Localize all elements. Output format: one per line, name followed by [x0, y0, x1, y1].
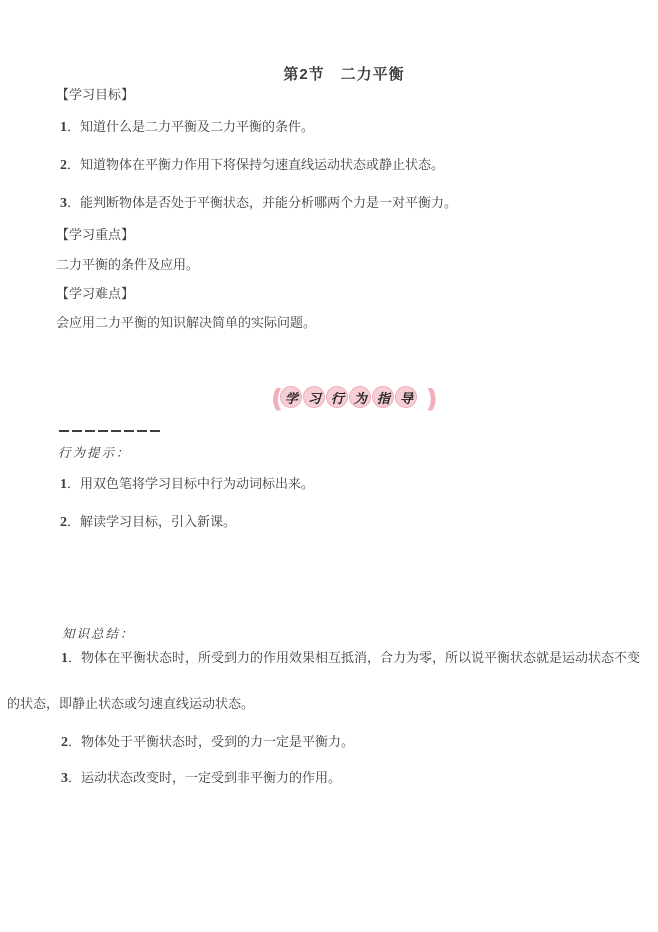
badge-left-decoration-icon: ((: [272, 385, 275, 408]
knowledge-summary-item-1: 1．物体在平衡状态时，所受到力的作用效果相互抵消，合力为零，所以说平衡状态就是运…: [7, 635, 651, 726]
item-number: 1: [60, 120, 67, 135]
item-text: ．知道什么是二力平衡及二力平衡的条件。: [67, 119, 314, 134]
objective-item-3: 3．能判断物体是否处于平衡状态，并能分析哪两个力是一对平衡力。: [60, 196, 457, 211]
badge-right-decoration-icon: )): [427, 385, 430, 408]
objectives-header: 【学习目标】: [56, 88, 134, 102]
knowledge-summary-item-3: 3．运动状态改变时，一定受到非平衡力的作用。: [61, 771, 341, 786]
item-text: ．能判断物体是否处于平衡状态，并能分析哪两个力是一对平衡力。: [67, 195, 457, 210]
item-number: 3: [61, 771, 68, 786]
badge-char-1: 学: [280, 386, 302, 408]
badge-char-3: 行: [326, 386, 348, 408]
difficulties-text: 会应用二力平衡的知识解决简单的实际问题。: [56, 316, 316, 330]
item-number: 3: [60, 196, 67, 211]
study-guidance-badge: (( 学 习 行 为 指 导 )): [272, 386, 431, 408]
item-text: ．运动状态改变时，一定受到非平衡力的作用。: [68, 770, 341, 785]
objective-item-2: 2．知道物体在平衡力作用下将保持匀速直线运动状态或静止状态。: [60, 158, 444, 173]
difficulties-header: 【学习难点】: [56, 287, 134, 301]
page-title: 第2节 二力平衡: [30, 63, 658, 84]
worksheet-page: 第2节 二力平衡 【学习目标】 1．知道什么是二力平衡及二力平衡的条件。 2．知…: [0, 0, 658, 932]
item-text: ．物体处于平衡状态时，受到的力一定是平衡力。: [68, 734, 354, 749]
item-text: ．用双色笔将学习目标中行为动词标出来。: [67, 476, 314, 491]
behavior-tip-1: 1．用双色笔将学习目标中行为动词标出来。: [60, 477, 314, 492]
item-number: 2: [60, 158, 67, 173]
behavior-tip-2: 2．解读学习目标，引入新课。: [60, 515, 236, 530]
objective-item-1: 1．知道什么是二力平衡及二力平衡的条件。: [60, 120, 314, 135]
item-number: 1: [61, 651, 68, 666]
key-points-header: 【学习重点】: [56, 228, 134, 242]
item-number: 1: [60, 477, 67, 492]
badge-char-4: 为: [349, 386, 371, 408]
badge-char-2: 习: [303, 386, 325, 408]
dashed-divider: [59, 430, 163, 432]
badge-char-5: 指: [372, 386, 394, 408]
badge-char-6: 导: [395, 386, 417, 408]
item-text: ．物体在平衡状态时，所受到力的作用效果相互抵消，合力为零，所以说平衡状态就是运动…: [7, 650, 640, 711]
knowledge-summary-item-2: 2．物体处于平衡状态时，受到的力一定是平衡力。: [61, 735, 354, 750]
key-points-text: 二力平衡的条件及应用。: [56, 258, 199, 272]
item-number: 2: [61, 735, 68, 750]
item-text: ．知道物体在平衡力作用下将保持匀速直线运动状态或静止状态。: [67, 157, 444, 172]
item-text: ．解读学习目标，引入新课。: [67, 514, 236, 529]
behavior-tips-label: 行为提示：: [58, 443, 131, 461]
item-number: 2: [60, 515, 67, 530]
